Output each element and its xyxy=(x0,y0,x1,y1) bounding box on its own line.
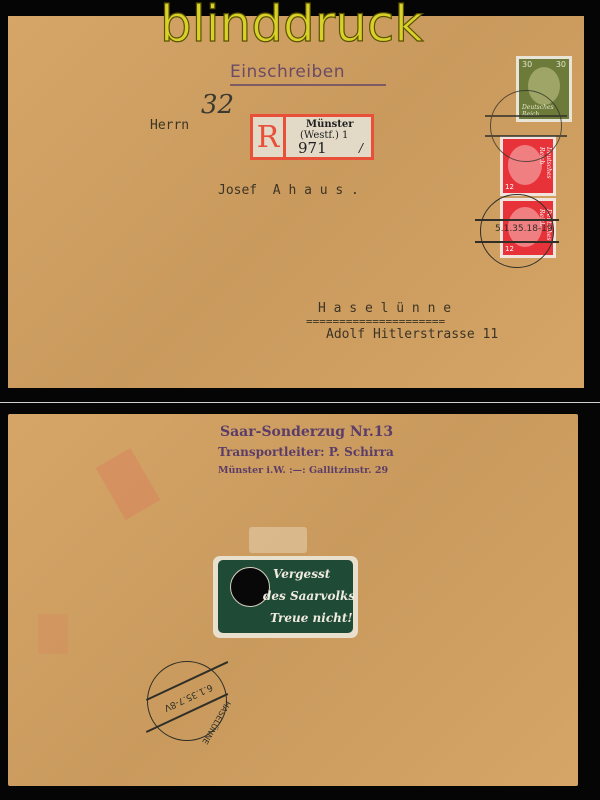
registration-mark: / xyxy=(359,141,363,155)
sender-line-3: Münster i.W. :—: Gallitzinstr. 29 xyxy=(218,465,388,476)
recipient-name: Josef A h a u s . xyxy=(218,183,359,198)
salutation: Herrn xyxy=(150,118,189,133)
sender-line-1: Saar-Sonderzug Nr.13 xyxy=(220,424,393,440)
saar-vignette-label: Vergesst des Saarvolks Treue nicht! xyxy=(213,556,358,638)
watermark-text: blinddruck xyxy=(160,0,423,54)
registration-letter: R xyxy=(253,117,286,157)
offset-red-mark xyxy=(38,614,68,654)
registration-label: R Münster (Westf.) 1 971 / xyxy=(250,114,374,160)
handwritten-number: 32 xyxy=(201,90,234,120)
paper-tear xyxy=(249,527,307,553)
registration-office: Münster xyxy=(306,119,354,130)
image-divider xyxy=(0,402,600,403)
einschreiben-handstamp: Einschreiben xyxy=(230,62,345,82)
postmark-munster-upper xyxy=(490,90,562,162)
handstamp-underline xyxy=(230,84,386,86)
offset-red-mark xyxy=(96,448,161,520)
postmark-munster-lower: 5.1.35.18-19 xyxy=(480,194,554,268)
envelope-front: Einschreiben 32 Herrn R Münster (Westf.)… xyxy=(8,16,584,388)
sender-line-2: Transportleiter: P. Schirra xyxy=(218,445,394,459)
registration-number: 971 xyxy=(298,139,327,157)
recipient-street: Adolf Hitlerstrasse 11 xyxy=(326,327,498,342)
postmark-haselunne: 6.1.35.7-8V HASELÜNNE xyxy=(147,661,227,741)
recipient-town: H a s e l ü n n e xyxy=(318,301,451,316)
